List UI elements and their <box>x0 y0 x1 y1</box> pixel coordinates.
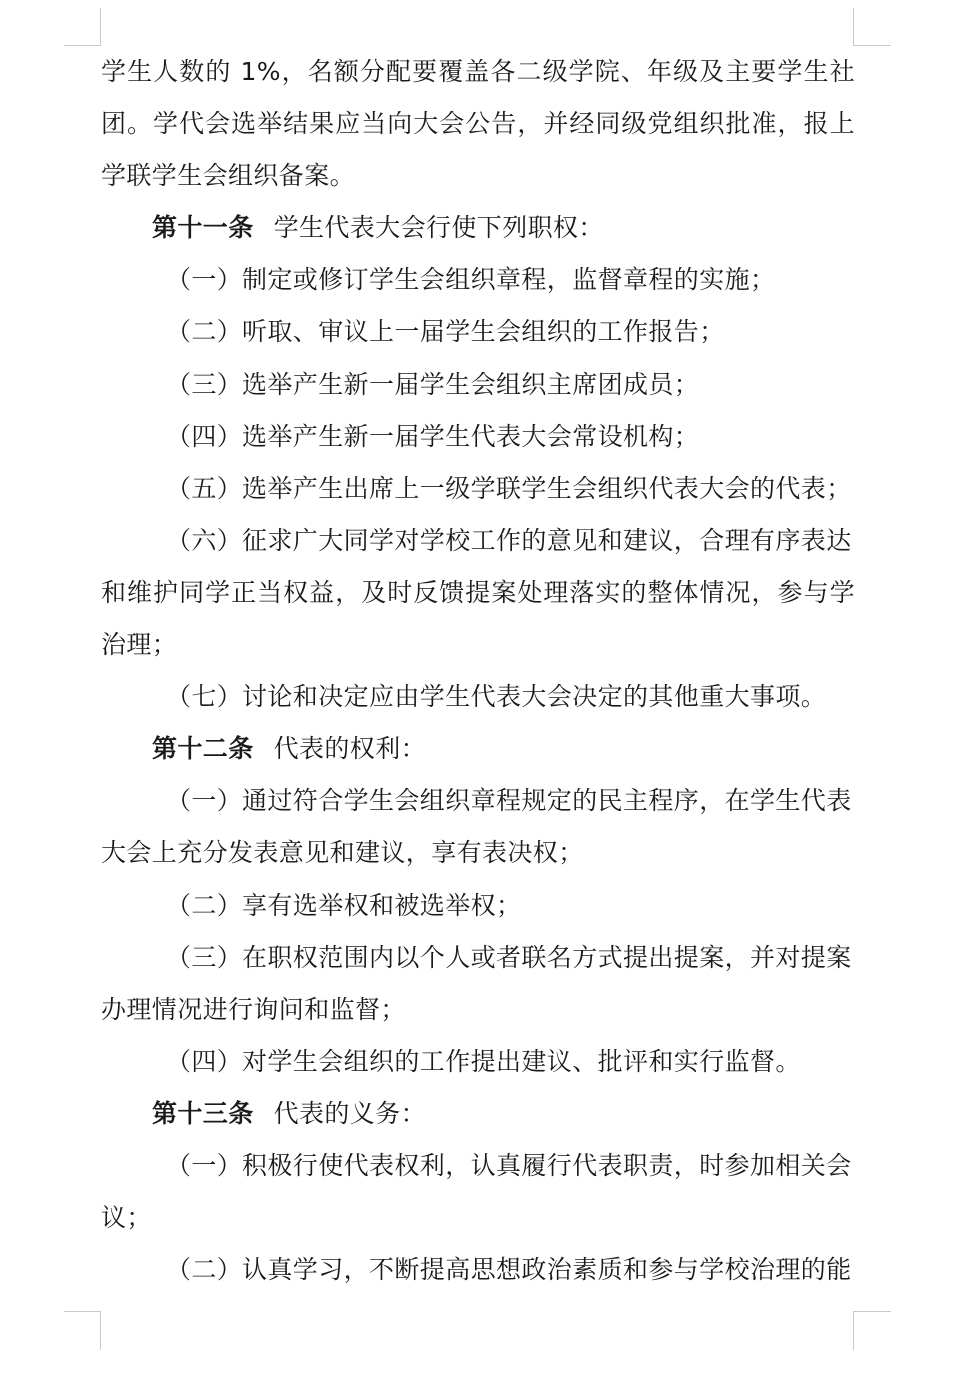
list-item: （一）积极行使代表权利，认真履行代表职责，时参加相关会 <box>101 1140 855 1192</box>
item-text: 通过符合学生会组织章程规定的民主程序，在学生代表 <box>242 786 852 815</box>
list-item: （四）对学生会组织的工作提出建议、批评和实行监督。 <box>101 1036 855 1088</box>
item-text: 讨论和决定应由学生代表大会决定的其他重大事项。 <box>242 682 826 711</box>
item-number: （一） <box>166 775 242 827</box>
item-continuation-line: 大会上充分发表意见和建议，享有表决权； <box>101 827 855 879</box>
list-item: （二）认真学习，不断提高思想政治素质和参与学校治理的能 <box>101 1244 855 1296</box>
item-continuation-line: 议； <box>101 1192 855 1244</box>
paragraph-line: 学生人数的 1%，名额分配要覆盖各二级学院、年级及主要学生社 <box>101 46 855 98</box>
article-number: 第十二条 <box>152 734 254 763</box>
item-text: 对学生会组织的工作提出建议、批评和实行监督。 <box>242 1047 801 1076</box>
item-text: 制定或修订学生会组织章程，监督章程的实施； <box>242 265 775 294</box>
page-corner-mark-bottom-right <box>853 1311 891 1350</box>
article-12-heading: 第十二条代表的权利： <box>101 723 855 775</box>
list-item: （三）在职权范围内以个人或者联名方式提出提案，并对提案 <box>101 932 855 984</box>
page-corner-mark-bottom-left <box>64 1311 101 1350</box>
item-continuation-line: 和维护同学正当权益，及时反馈提案处理落实的整体情况，参与学校 <box>101 567 855 619</box>
item-text: 积极行使代表权利，认真履行代表职责，时参加相关会 <box>242 1151 852 1180</box>
item-number: （四） <box>166 411 242 463</box>
item-text: 享有选举权和被选举权； <box>242 891 521 920</box>
list-item: （四）选举产生新一届学生代表大会常设机构； <box>101 411 855 463</box>
list-item: （二）享有选举权和被选举权； <box>101 880 855 932</box>
article-number: 第十一条 <box>152 213 254 242</box>
list-item: （三）选举产生新一届学生会组织主席团成员； <box>101 359 855 411</box>
item-text: 在职权范围内以个人或者联名方式提出提案，并对提案 <box>242 943 852 972</box>
article-title: 代表的义务： <box>274 1099 426 1128</box>
item-text: 选举产生新一届学生代表大会常设机构； <box>242 422 699 451</box>
item-number: （二） <box>166 1244 242 1296</box>
paragraph-line: 学联学生会组织备案。 <box>101 150 855 202</box>
item-number: （二） <box>166 306 242 358</box>
list-item: （一）制定或修订学生会组织章程，监督章程的实施； <box>101 254 855 306</box>
article-11-heading: 第十一条学生代表大会行使下列职权： <box>101 202 855 254</box>
list-item: （一）通过符合学生会组织章程规定的民主程序，在学生代表 <box>101 775 855 827</box>
document-page: 学生人数的 1%，名额分配要覆盖各二级学院、年级及主要学生社 团。学代会选举结果… <box>101 46 855 1296</box>
article-13-heading: 第十三条代表的义务： <box>101 1088 855 1140</box>
item-text: 听取、审议上一届学生会组织的工作报告； <box>242 317 725 346</box>
item-number: （五） <box>166 463 242 515</box>
article-number: 第十三条 <box>152 1099 254 1128</box>
item-continuation-line: 办理情况进行询问和监督； <box>101 984 855 1036</box>
item-number: （四） <box>166 1036 242 1088</box>
item-number: （一） <box>166 254 242 306</box>
item-text: 征求广大同学对学校工作的意见和建议，合理有序表达 <box>242 526 852 555</box>
page-corner-mark-top-right <box>853 8 891 46</box>
article-title: 代表的权利： <box>274 734 426 763</box>
list-item: （二）听取、审议上一届学生会组织的工作报告； <box>101 306 855 358</box>
item-text: 选举产生新一届学生会组织主席团成员； <box>242 370 699 399</box>
article-title: 学生代表大会行使下列职权： <box>274 213 604 242</box>
item-number: （一） <box>166 1140 242 1192</box>
item-number: （三） <box>166 932 242 984</box>
item-continuation-line: 治理； <box>101 619 855 671</box>
item-text: 选举产生出席上一级学联学生会组织代表大会的代表； <box>242 474 852 503</box>
list-item: （六）征求广大同学对学校工作的意见和建议，合理有序表达 <box>101 515 855 567</box>
item-text: 认真学习，不断提高思想政治素质和参与学校治理的能 <box>242 1255 852 1284</box>
paragraph-line: 团。学代会选举结果应当向大会公告，并经同级党组织批准，报上级 <box>101 98 855 150</box>
item-number: （三） <box>166 359 242 411</box>
list-item: （五）选举产生出席上一级学联学生会组织代表大会的代表； <box>101 463 855 515</box>
item-number: （六） <box>166 515 242 567</box>
page-corner-mark-top-left <box>64 8 101 46</box>
item-number: （二） <box>166 880 242 932</box>
list-item: （七）讨论和决定应由学生代表大会决定的其他重大事项。 <box>101 671 855 723</box>
item-number: （七） <box>166 671 242 723</box>
